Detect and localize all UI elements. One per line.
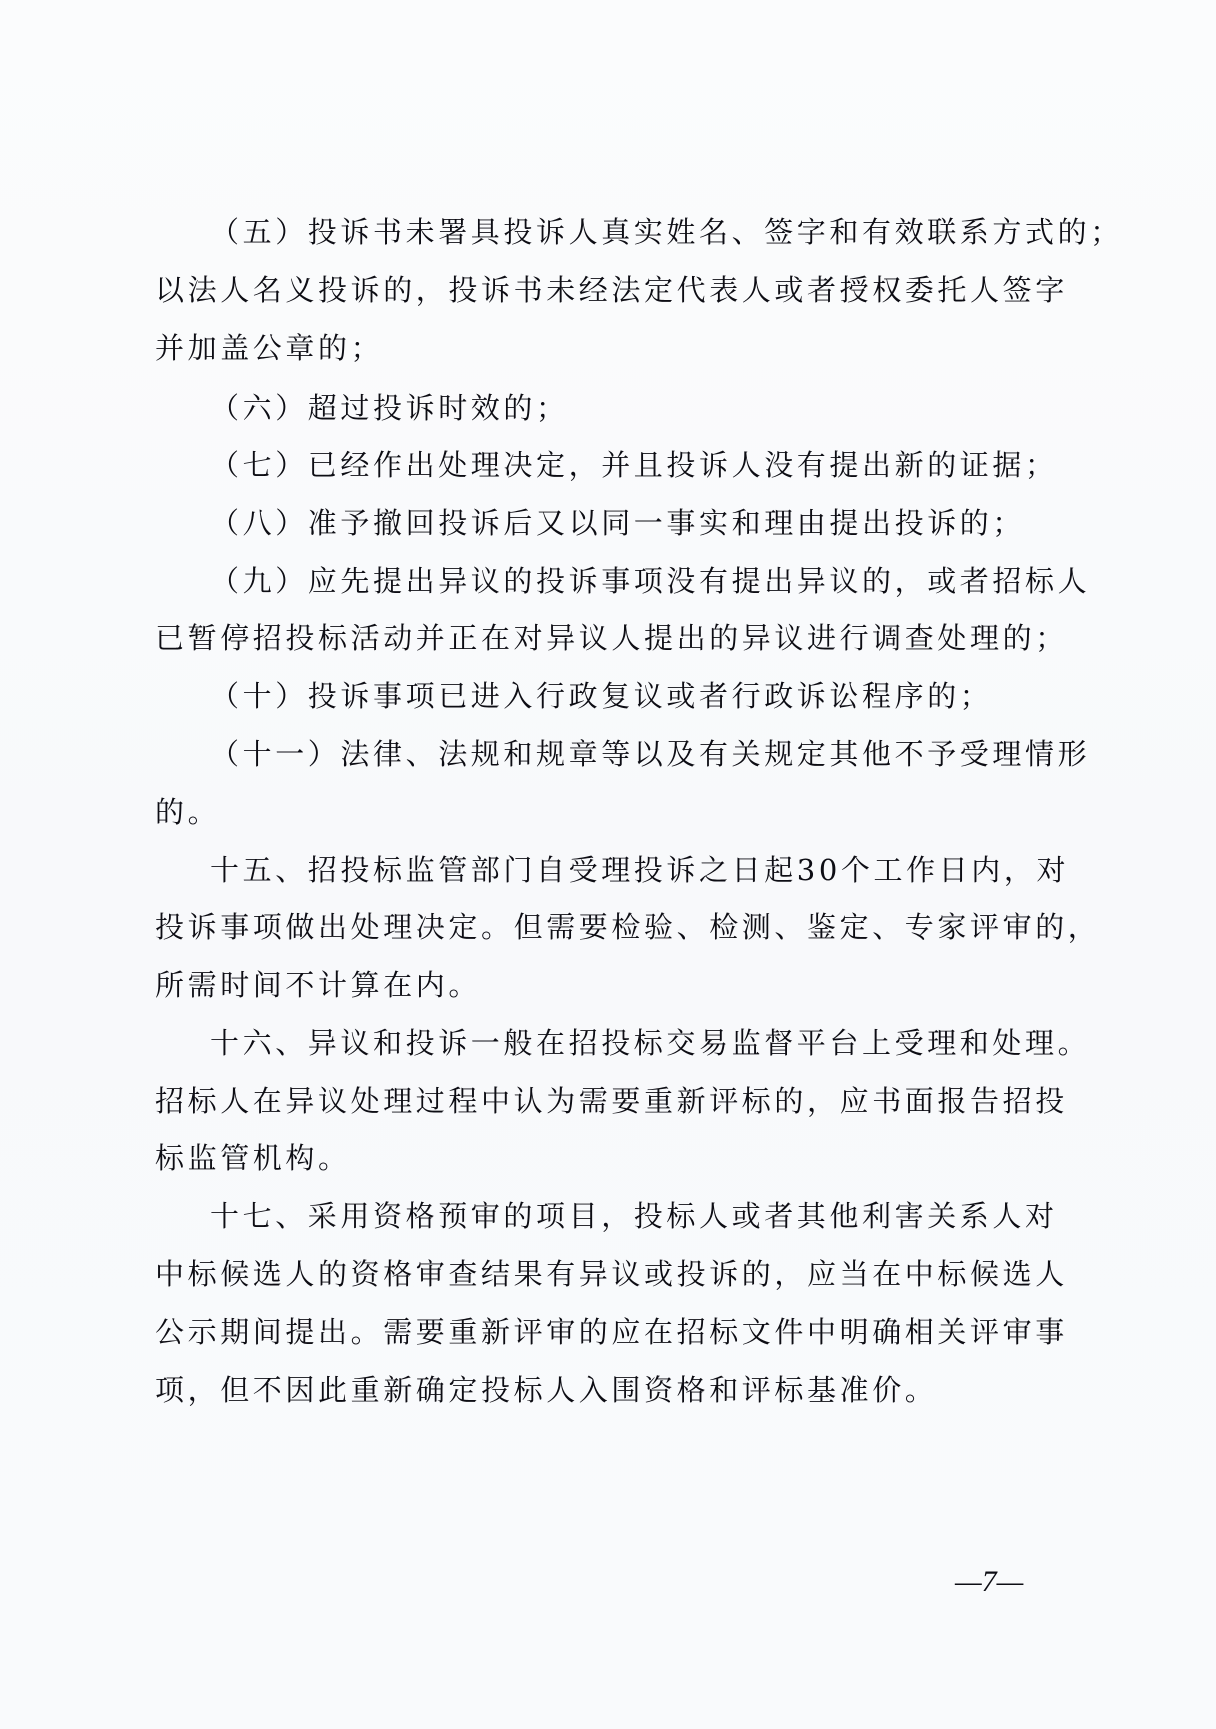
article-17-line-2: 中标候选人的资格审查结果有异议或投诉的，应当在中标候选人 xyxy=(155,1254,1068,1294)
clause-10: （十）投诉事项已进入行政复议或者行政诉讼程序的； xyxy=(210,676,992,716)
clause-9-line-1: （九）应先提出异议的投诉事项没有提出异议的，或者招标人 xyxy=(210,561,1090,601)
article-17-line-1: 十七、采用资格预审的项目，投标人或者其他利害关系人对 xyxy=(210,1196,1058,1236)
article-17-line-3: 公示期间提出。需要重新评审的应在招标文件中明确相关评审事 xyxy=(155,1312,1068,1352)
clause-6: （六）超过投诉时效的； xyxy=(210,388,569,428)
clause-8: （八）准予撤回投诉后又以同一事实和理由提出投诉的； xyxy=(210,503,1025,543)
article-16-line-3: 标监管机构。 xyxy=(155,1138,351,1178)
page-number: —7— xyxy=(955,1562,1023,1602)
article-15-line-2: 投诉事项做出处理决定。但需要检验、检测、鉴定、专家评审的， xyxy=(155,907,1100,947)
article-16-line-1: 十六、异议和投诉一般在招投标交易监督平台上受理和处理。 xyxy=(210,1023,1090,1063)
clause-11-line-1: （十一）法律、法规和规章等以及有关规定其他不予受理情形 xyxy=(210,734,1090,774)
clause-11-line-2: 的。 xyxy=(155,792,220,832)
clause-5-line-2: 以法人名义投诉的，投诉书未经法定代表人或者授权委托人签字 xyxy=(155,270,1068,310)
article-15-line-3: 所需时间不计算在内。 xyxy=(155,965,481,1005)
article-16-line-2: 招标人在异议处理过程中认为需要重新评标的，应书面报告招投 xyxy=(155,1081,1068,1121)
article-17-line-4: 项，但不因此重新确定投标人入围资格和评标基准价。 xyxy=(155,1370,937,1410)
clause-9-line-2: 已暂停招投标活动并正在对异议人提出的异议进行调查处理的； xyxy=(155,618,1068,658)
clause-7: （七）已经作出处理决定，并且投诉人没有提出新的证据； xyxy=(210,445,1058,485)
clause-5-line-1: （五）投诉书未署具投诉人真实姓名、签字和有效联系方式的； xyxy=(210,212,1123,252)
clause-5-line-3: 并加盖公章的； xyxy=(155,328,383,368)
article-15-line-1: 十五、招投标监管部门自受理投诉之日起30个工作日内，对 xyxy=(210,850,1069,890)
document-page: （五）投诉书未署具投诉人真实姓名、签字和有效联系方式的； 以法人名义投诉的，投诉… xyxy=(0,0,1216,1729)
